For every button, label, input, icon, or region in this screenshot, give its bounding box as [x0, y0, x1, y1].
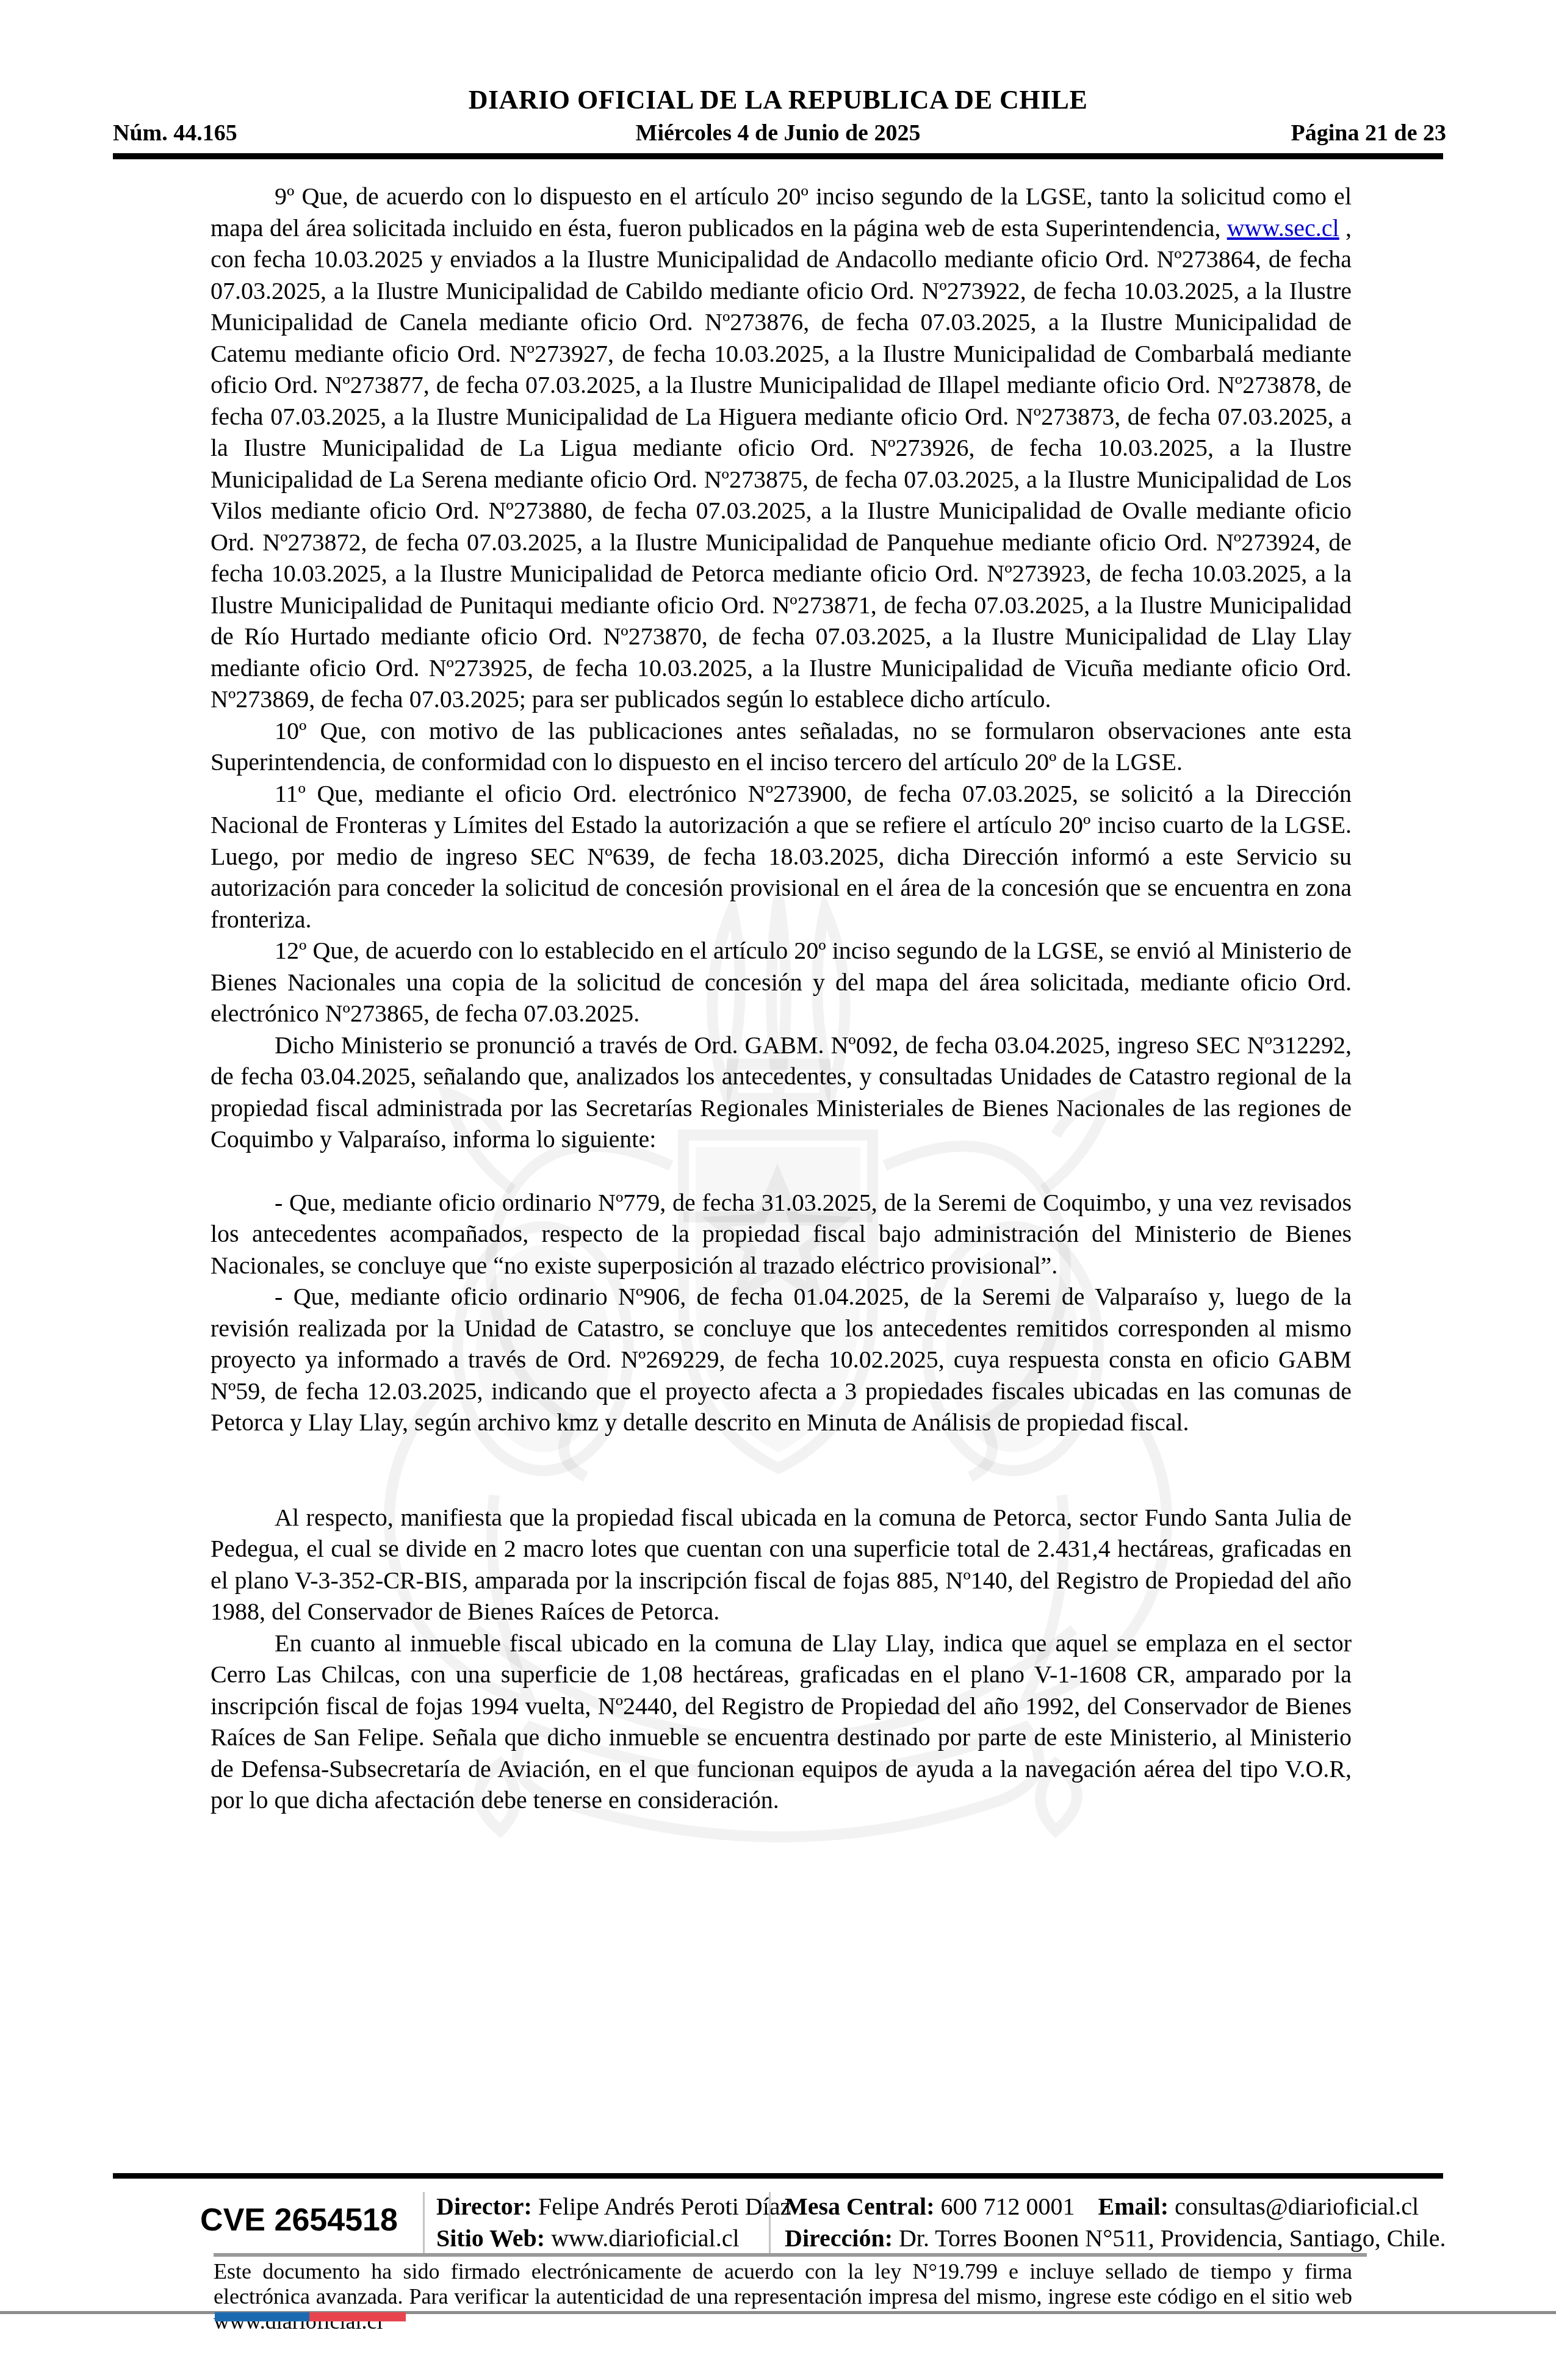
- flag-red-segment: [309, 2312, 406, 2321]
- footer-divider: [214, 2253, 1367, 2257]
- paragraph-12-ministerio: Dicho Ministerio se pronunció a través d…: [211, 1030, 1352, 1155]
- footer-contact-column: Mesa Central: 600 712 0001Email: consult…: [785, 2191, 1446, 2254]
- paragraph-9-text-after: , con fecha 10.03.2025 y enviados a la I…: [211, 214, 1352, 713]
- page-indicator: Página 21 de 23: [1291, 120, 1446, 146]
- cve-code: CVE 2654518: [183, 2202, 415, 2238]
- flag-blue-segment: [215, 2312, 309, 2321]
- footer-director-column: Director: Felipe Andrés Peroti Díaz Siti…: [436, 2191, 791, 2254]
- paragraph-al-respecto: Al respecto, manifiesta que la propiedad…: [211, 1502, 1352, 1628]
- direccion-value: Dr. Torres Boonen N°511, Providencia, Sa…: [899, 2224, 1446, 2252]
- director-value: Felipe Andrés Peroti Díaz: [538, 2193, 791, 2220]
- director-line: Director: Felipe Andrés Peroti Díaz: [436, 2191, 791, 2223]
- legal-notice: Este documento ha sido firmado electróni…: [214, 2259, 1352, 2334]
- direccion-line: Dirección: Dr. Torres Boonen N°511, Prov…: [785, 2223, 1446, 2254]
- bullet-coquimbo: - Que, mediante oficio ordinario Nº779, …: [211, 1187, 1352, 1282]
- sitio-web-line: Sitio Web: www.diarioficial.cl: [436, 2223, 791, 2254]
- footer-top-rule: [113, 2173, 1443, 2179]
- sitio-web-label: Sitio Web:: [436, 2224, 545, 2252]
- paragraph-en-cuanto: En cuanto al inmueble fiscal ubicado en …: [211, 1628, 1352, 1816]
- chile-flag-bar-icon: [215, 2312, 406, 2321]
- mesa-central-label: Mesa Central:: [785, 2193, 934, 2220]
- footer-separator-1: [423, 2192, 425, 2253]
- paragraph-9: 9º Que, de acuerdo con lo dispuesto en e…: [211, 181, 1352, 715]
- bullet-valparaiso: - Que, mediante oficio ordinario Nº906, …: [211, 1281, 1352, 1438]
- document-page: DIARIO OFICIAL DE LA REPUBLICA DE CHILE …: [0, 0, 1556, 2380]
- paper-title: DIARIO OFICIAL DE LA REPUBLICA DE CHILE: [0, 84, 1556, 115]
- paragraph-9-text-before: 9º Que, de acuerdo con lo dispuesto en e…: [211, 182, 1352, 242]
- paragraph-10: 10º Que, con motivo de las publicaciones…: [211, 715, 1352, 778]
- email-label: Email:: [1098, 2193, 1169, 2220]
- footer-separator-2: [769, 2192, 771, 2253]
- email-value: consultas@diarioficial.cl: [1175, 2193, 1419, 2220]
- sec-website-link[interactable]: www.sec.cl: [1227, 214, 1339, 242]
- mesa-central-line: Mesa Central: 600 712 0001Email: consult…: [785, 2191, 1446, 2223]
- paragraph-12: 12º Que, de acuerdo con lo establecido e…: [211, 935, 1352, 1030]
- document-body: 9º Que, de acuerdo con lo dispuesto en e…: [211, 181, 1352, 1816]
- header-rule: [113, 153, 1443, 159]
- sitio-web-value: www.diarioficial.cl: [551, 2224, 739, 2252]
- paragraph-11: 11º Que, mediante el oficio Ord. electró…: [211, 778, 1352, 936]
- mesa-central-value: 600 712 0001: [940, 2193, 1075, 2220]
- director-label: Director:: [436, 2193, 532, 2220]
- direccion-label: Dirección:: [785, 2224, 893, 2252]
